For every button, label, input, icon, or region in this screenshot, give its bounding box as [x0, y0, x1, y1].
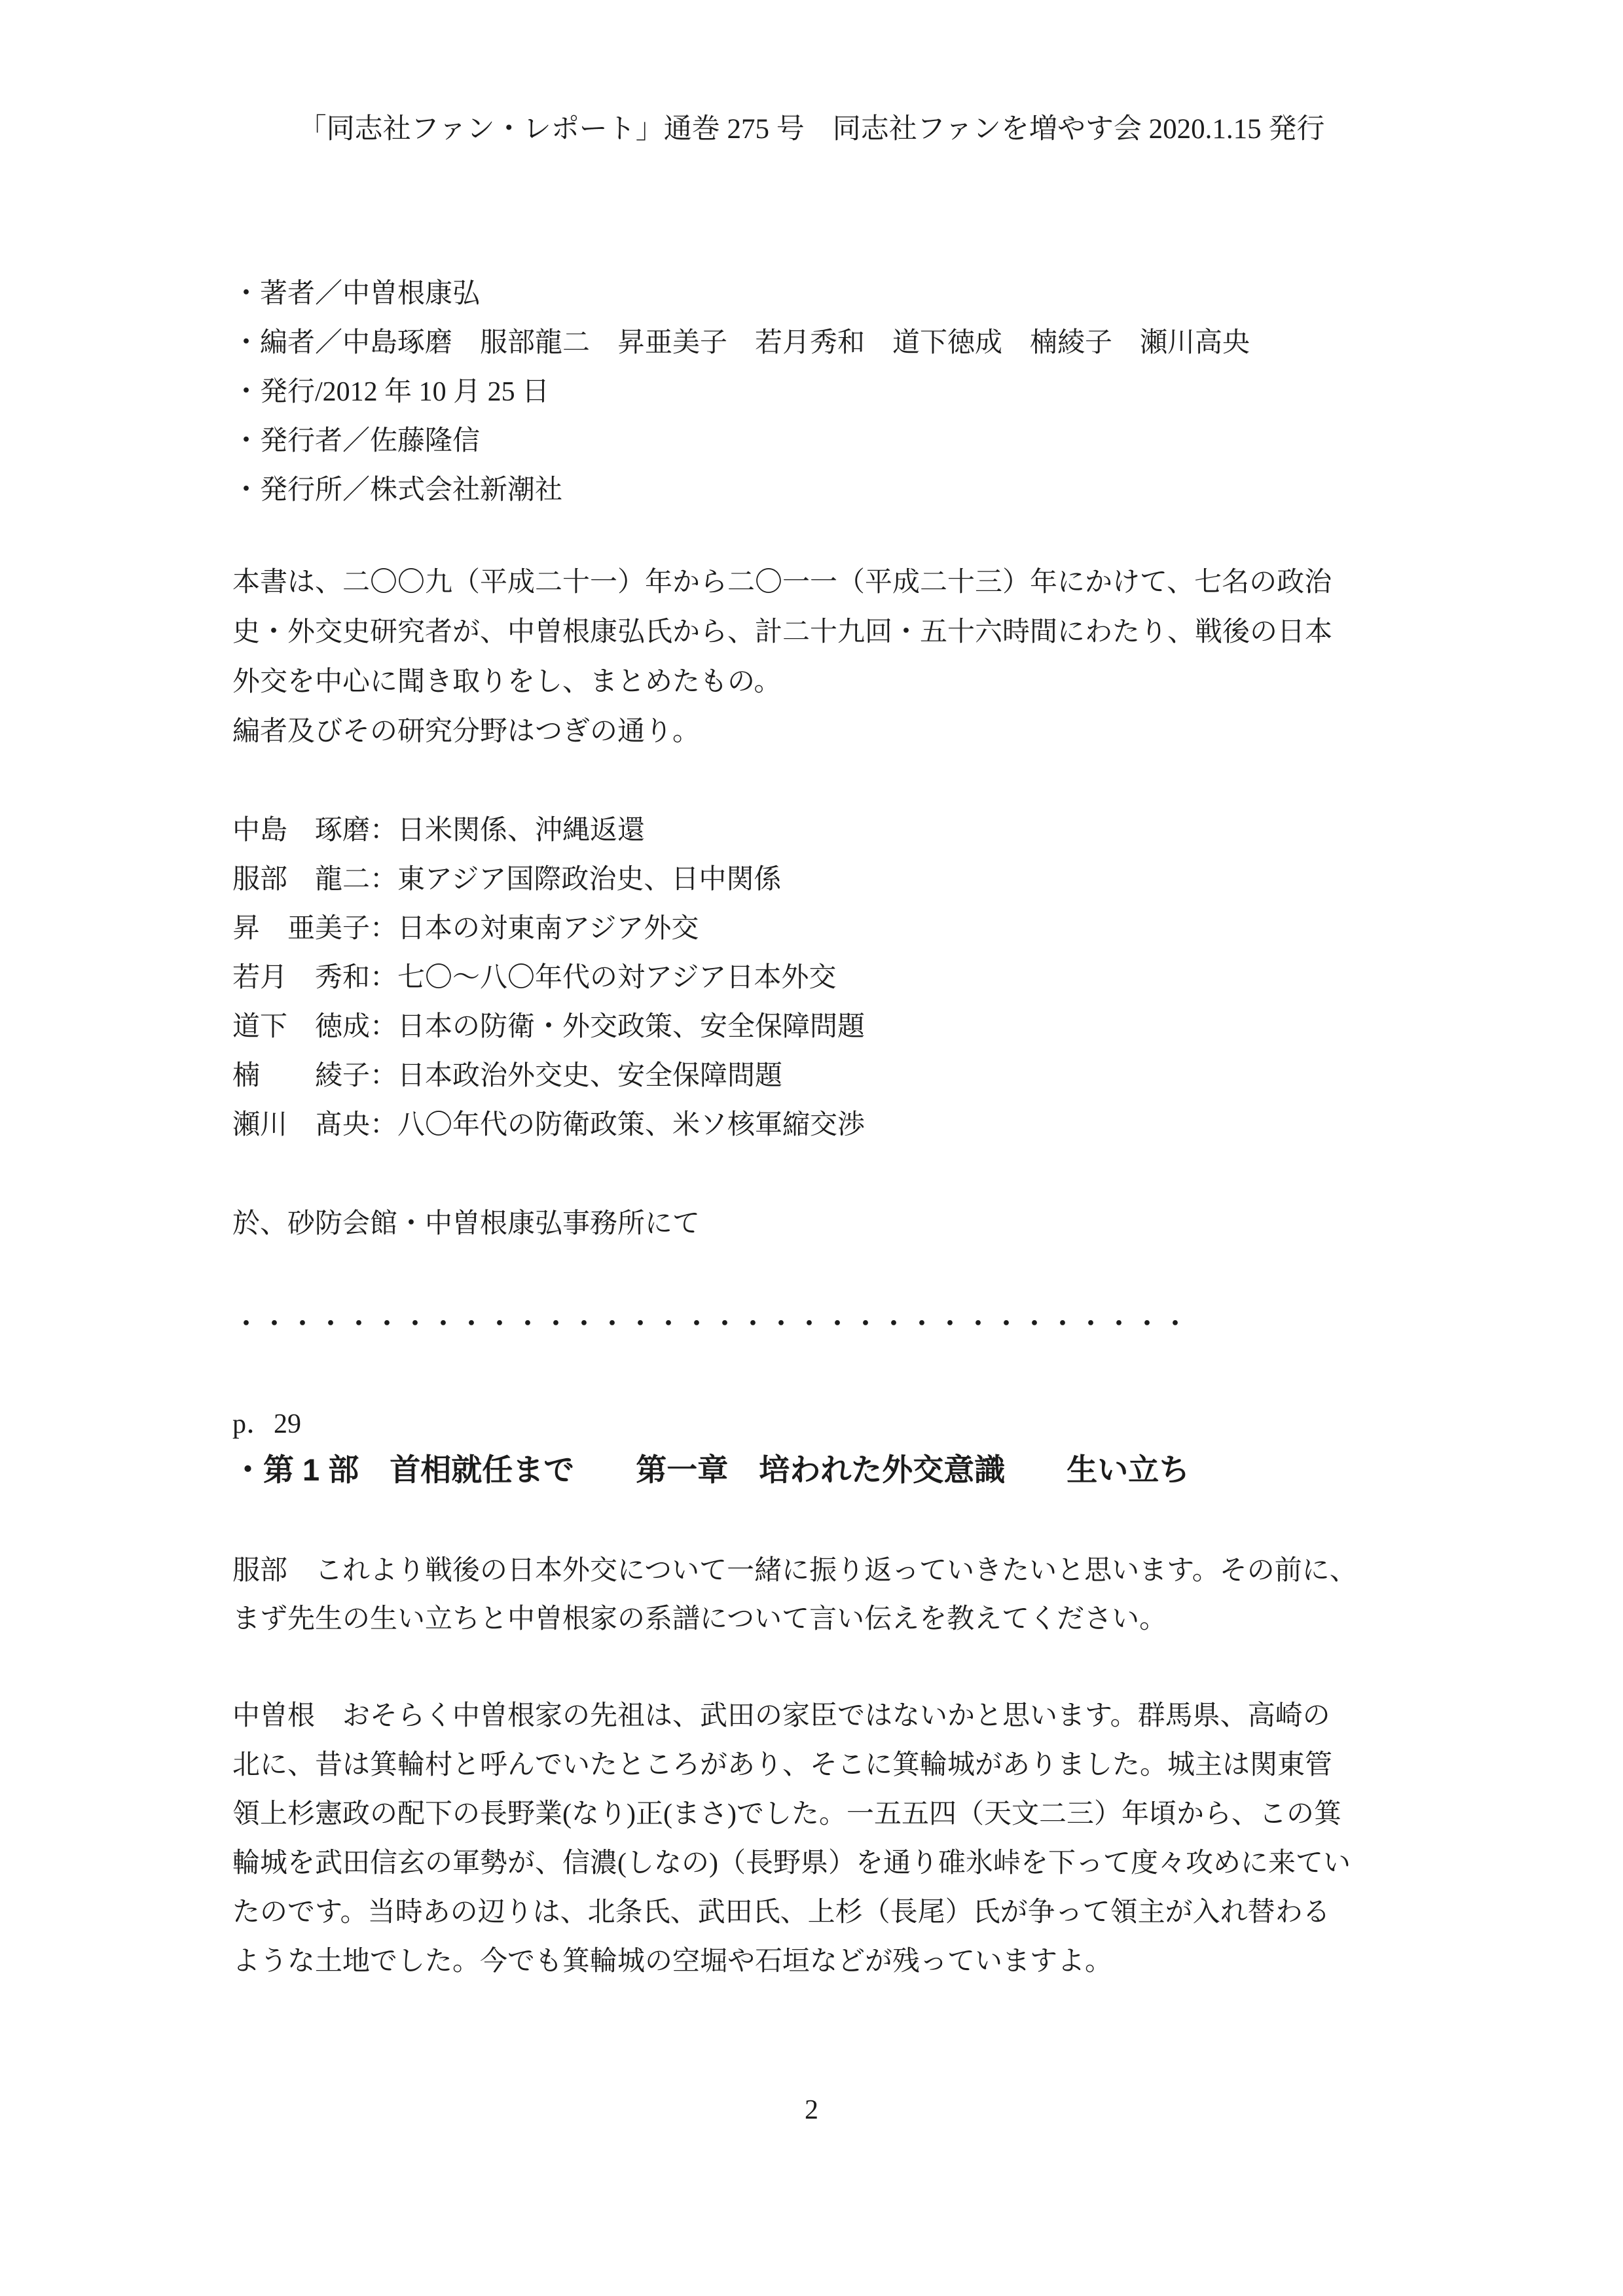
editor-entry: 道下 徳成：日本の防衛・外交政策、安全保障問題	[232, 1003, 1404, 1052]
chapter-heading: ・第 1 部 首相就任まで 第一章 培われた外交意識 生い立ち	[232, 1444, 1476, 1496]
paragraph-line: まず先生の生い立ちと中曽根家の系譜について言い伝えを教えてください。	[232, 1595, 1404, 1643]
paragraph-line: 領上杉憲政の配下の長野業(なり)正(まさ)でした。一五五四（天文二三）年頃から、…	[232, 1790, 1404, 1839]
paragraph-line: 中曽根 おそらく中曽根家の先祖は、武田の家臣ではないかと思います。群馬県、高崎の	[232, 1692, 1404, 1741]
hattori-question-paragraph: 服部 これより戦後の日本外交について一緒に振り返っていきたいと思います。その前に…	[232, 1547, 1404, 1643]
book-info-list: ・著者／中曽根康弘 ・編者／中島琢磨 服部龍二 昇亜美子 若月秀和 道下徳成 楠…	[232, 270, 1404, 515]
paragraph-line: 外交を中心に聞き取りをし、まとめたもの。	[232, 657, 1404, 707]
intro-paragraph: 本書は、二〇〇九（平成二十一）年から二〇一一（平成二十三）年にかけて、七名の政治…	[232, 558, 1404, 757]
dotted-separator: ・・・・・・・・・・・・・・・・・・・・・・・・・・・・・・・・・・	[232, 1300, 1404, 1350]
page-number: 2	[0, 2092, 1623, 2128]
venue-text: 於、砂防会館・中曽根康弘事務所にて	[232, 1200, 1404, 1249]
bullet-item-pub-date: ・発行/2012 年 10 月 25 日	[232, 368, 1404, 417]
bullet-item-author: ・著者／中曽根康弘	[232, 270, 1404, 319]
page-header: 「同志社ファン・レポート」通巻 275 号 同志社ファンを増やす会 2020.1…	[0, 111, 1623, 148]
editors-research-list: 中島 琢磨：日米関係、沖縄返還 服部 龍二：東アジア国際政治史、日中関係 昇 亜…	[232, 806, 1404, 1150]
venue-note: 於、砂防会館・中曽根康弘事務所にて	[232, 1200, 1404, 1249]
editor-entry: 若月 秀和：七〇～八〇年代の対アジア日本外交	[232, 954, 1404, 1003]
bullet-item-pub-house: ・発行所／株式会社新潮社	[232, 466, 1404, 515]
paragraph-line: ような土地でした。今でも箕輪城の空堀や石垣などが残っていますよ。	[232, 1937, 1404, 1986]
editor-entry: 瀬川 髙央：八〇年代の防衛政策、米ソ核軍縮交渉	[232, 1101, 1404, 1150]
nakasone-answer-paragraph: 中曽根 おそらく中曽根家の先祖は、武田の家臣ではないかと思います。群馬県、高崎の…	[232, 1692, 1404, 1986]
editor-entry: 楠 綾子：日本政治外交史、安全保障問題	[232, 1052, 1404, 1101]
editor-entry: 服部 龍二：東アジア国際政治史、日中関係	[232, 855, 1404, 905]
source-page-reference: p．29	[232, 1400, 1404, 1449]
page-ref-text: p．29	[232, 1400, 1404, 1449]
paragraph-line: 本書は、二〇〇九（平成二十一）年から二〇一一（平成二十三）年にかけて、七名の政治	[232, 558, 1404, 607]
editor-entry: 昇 亜美子：日本の対東南アジア外交	[232, 905, 1404, 954]
paragraph-line: たのです。当時あの辺りは、北条氏、武田氏、上杉（長尾）氏が争って領主が入れ替わる	[232, 1888, 1404, 1937]
editor-entry: 中島 琢磨：日米関係、沖縄返還	[232, 806, 1404, 855]
separator-dots: ・・・・・・・・・・・・・・・・・・・・・・・・・・・・・・・・・・	[232, 1300, 1404, 1350]
bullet-item-publisher: ・発行者／佐藤隆信	[232, 417, 1404, 466]
paragraph-line: 北に、昔は箕輪村と呼んでいたところがあり、そこに箕輪城がありました。城主は関東管	[232, 1741, 1404, 1790]
paragraph-line: 輪城を武田信玄の軍勢が、信濃(しなの)（長野県）を通り碓氷峠を下って度々攻めに来…	[232, 1839, 1404, 1888]
paragraph-line: 服部 これより戦後の日本外交について一緒に振り返っていきたいと思います。その前に…	[232, 1547, 1404, 1595]
paragraph-line: 編者及びその研究分野はつぎの通り。	[232, 707, 1404, 757]
bullet-item-editors: ・編者／中島琢磨 服部龍二 昇亜美子 若月秀和 道下徳成 楠綾子 瀬川高央	[232, 319, 1404, 368]
document-page: 「同志社ファン・レポート」通巻 275 号 同志社ファンを増やす会 2020.1…	[0, 0, 1623, 2296]
paragraph-line: 史・外交史研究者が、中曽根康弘氏から、計二十九回・五十六時間にわたり、戦後の日本	[232, 607, 1404, 657]
